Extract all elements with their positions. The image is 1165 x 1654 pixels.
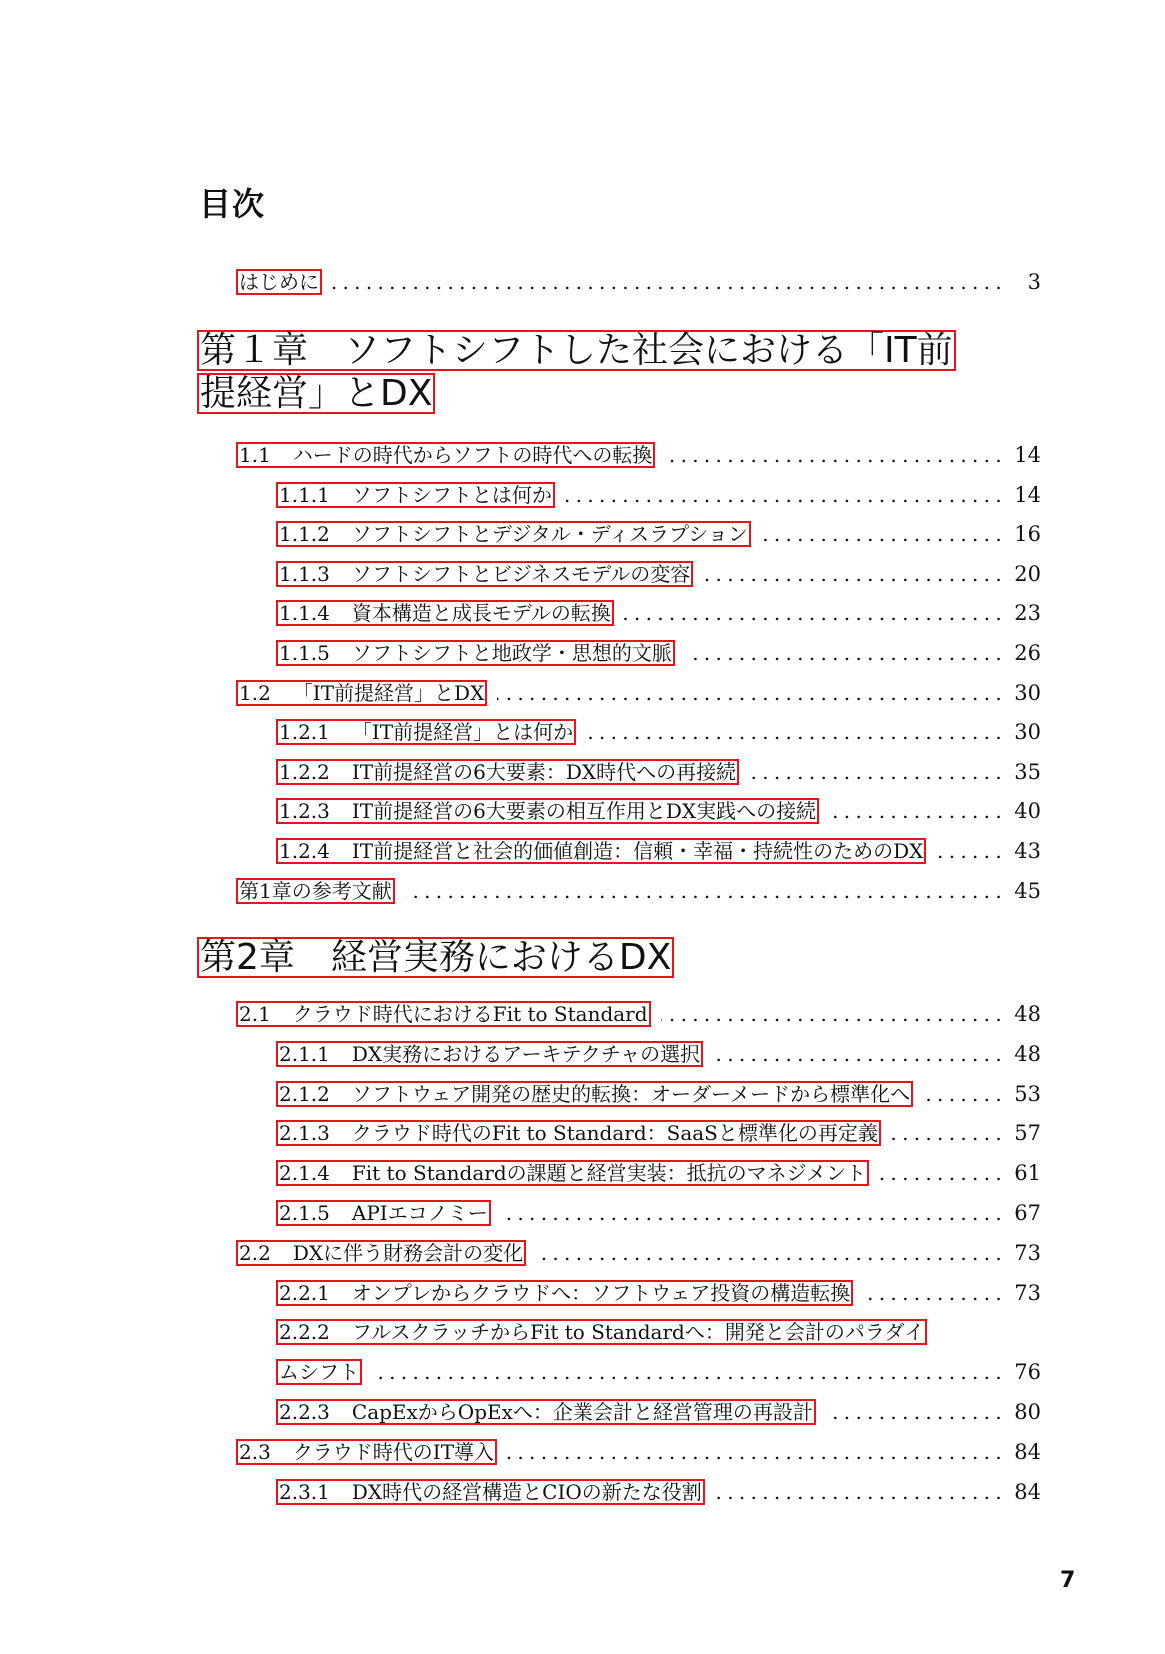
toc-entry-link[interactable]: 1.2.2IT前提経営の6大要素：DX時代への再接続	[276, 759, 739, 785]
toc-entry-link[interactable]: 1.2「IT前提経営」とDX	[236, 680, 487, 706]
section-title: クラウド時代におけるFit to Standard	[293, 1002, 648, 1026]
section-number: 2.1.4	[279, 1161, 330, 1185]
dot-leader: ........................................…	[703, 562, 1007, 586]
dot-leader: ........................................…	[565, 483, 1007, 507]
section-number: 1.2.4	[279, 839, 330, 863]
toc-entry-link[interactable]: 1.1ハードの時代からソフトの時代への転換	[236, 442, 655, 468]
toc-entry-link[interactable]: 2.2.3CapExからOpExへ：企業会計と経営管理の再設計	[276, 1399, 816, 1425]
section-number: 1.1.3	[279, 562, 330, 586]
toc-entry[interactable]: 第1章の参考文献................................…	[0, 879, 1165, 905]
section-title: Fit to Standardの課題と経営実装：抵抗のマネジメント	[352, 1161, 866, 1185]
toc-page-number: 35	[1014, 760, 1041, 784]
section-number: 2.1.1	[279, 1042, 330, 1066]
toc-entry-link[interactable]: 2.1.1DX実務におけるアーキテクチャの選択	[276, 1041, 703, 1067]
toc-entry[interactable]: 2.1.3クラウド時代のFit to Standard：SaaSと標準化の再定義…	[0, 1121, 1165, 1147]
section-title: IT前提経営と社会的価値創造：信頼・幸福・持続性のためのDX	[352, 839, 924, 863]
section-number: 2.2.1	[279, 1281, 330, 1305]
section-title: 「IT前提経営」とは何か	[352, 720, 573, 744]
toc-entry-link[interactable]: 2.3クラウド時代のIT導入	[236, 1439, 497, 1465]
section-number: 1.1.4	[279, 601, 330, 625]
toc-entry[interactable]: 2.1.1DX実務におけるアーキテクチャの選択.................…	[0, 1042, 1165, 1068]
dot-leader: ........................................…	[936, 839, 1007, 863]
section-title: フルスクラッチからFit to Standardへ：開発と会計のパラダイ	[352, 1320, 924, 1344]
toc-entry[interactable]: 2.2.1オンプレからクラウドへ：ソフトウェア投資の構造転換..........…	[0, 1281, 1165, 1307]
toc-page-number: 48	[1014, 1002, 1041, 1026]
section-title: IT前提経営の6大要素：DX時代への再接続	[352, 760, 736, 784]
section-title: DX時代の経営構造とCIOの新たな役割	[352, 1480, 702, 1504]
chapter-2-heading[interactable]: 第2章 経営実務におけるDX	[197, 937, 674, 978]
toc-page-number: 16	[1014, 522, 1041, 546]
dot-leader: ........................................…	[661, 1002, 1007, 1026]
section-number: 1.2.1	[279, 720, 330, 744]
toc-page-number: 61	[1014, 1161, 1041, 1185]
dot-leader: ........................................…	[715, 1480, 1007, 1504]
toc-entry[interactable]: 1.1.3ソフトシフトとビジネスモデルの変容..................…	[0, 562, 1165, 588]
section-title: DX実務におけるアーキテクチャの選択	[352, 1042, 700, 1066]
toc-entry[interactable]: 1.2.2IT前提経営の6大要素：DX時代への再接続..............…	[0, 760, 1165, 786]
dot-leader: ........................................…	[405, 879, 1007, 903]
toc-entry[interactable]: 2.2.2フルスクラッチからFit to Standardへ：開発と会計のパラダ…	[0, 1320, 1165, 1346]
toc-page-number: 67	[1014, 1201, 1041, 1225]
toc-entry-link[interactable]: 第1章の参考文献	[236, 878, 395, 904]
toc-entry[interactable]: 2.2DXに伴う財務会計の変化.........................…	[0, 1241, 1165, 1267]
toc-entry[interactable]: 1.1ハードの時代からソフトの時代への転換...................…	[0, 443, 1165, 469]
toc-page-number: 43	[1014, 839, 1041, 863]
chapter-heading-line[interactable]: 第2章 経営実務におけるDX	[197, 937, 674, 978]
section-title: 資本構造と成長モデルの転換	[352, 601, 611, 625]
section-title: DXに伴う財務会計の変化	[293, 1241, 523, 1265]
toc-entry-link[interactable]: 2.1.3クラウド時代のFit to Standard：SaaSと標準化の再定義	[276, 1120, 881, 1146]
toc-page-number: 40	[1014, 799, 1041, 823]
dot-leader: ........................................…	[332, 270, 1007, 294]
dot-leader: ........................................…	[685, 641, 1007, 665]
toc-entry[interactable]: 2.1.4Fit to Standardの課題と経営実装：抵抗のマネジメント..…	[0, 1161, 1165, 1187]
toc-entry-link[interactable]: 2.1.5APIエコノミー	[276, 1200, 491, 1226]
toc-entry-link[interactable]: 1.1.2ソフトシフトとデジタル・ディスラプション	[276, 521, 751, 547]
section-number: 1.1.5	[279, 641, 330, 665]
section-number: 1.1.2	[279, 522, 330, 546]
dot-leader: ........................................…	[826, 1400, 1007, 1424]
section-title: CapExからOpExへ：企業会計と経営管理の再設計	[352, 1400, 813, 1424]
chapter-heading-line[interactable]: 第１章 ソフトシフトした社会における「IT前	[197, 330, 956, 371]
dot-leader: ........................................…	[923, 1082, 1007, 1106]
dot-leader: ........................................…	[507, 1440, 1007, 1464]
toc-entry-link[interactable]: 1.2.4IT前提経営と社会的価値創造：信頼・幸福・持続性のためのDX	[276, 838, 926, 864]
dot-leader: ........................................…	[879, 1161, 1007, 1185]
dot-leader: ........................................…	[749, 760, 1007, 784]
section-title: ソフトシフトと地政学・思想的文脈	[352, 641, 672, 665]
toc-entry-link[interactable]: 1.1.3ソフトシフトとビジネスモデルの変容	[276, 561, 693, 587]
toc-entry-link[interactable]: 2.2.1オンプレからクラウドへ：ソフトウェア投資の構造転換	[276, 1280, 853, 1306]
section-title: ソフトシフトとは何か	[352, 483, 552, 507]
toc-page-number: 14	[1014, 443, 1041, 467]
toc-entry-link[interactable]: 2.1.2ソフトウェア開発の歴史的転換：オーダーメードから標準化へ	[276, 1081, 913, 1107]
toc-entry-link[interactable]: 2.3.1DX時代の経営構造とCIOの新たな役割	[276, 1479, 705, 1505]
section-number: 1.2.2	[279, 760, 330, 784]
toc-page-number: 20	[1014, 562, 1041, 586]
dot-leader: ........................................…	[665, 443, 1007, 467]
toc-entry-intro[interactable]: はじめに ...................................…	[0, 270, 1165, 296]
toc-page-number: 80	[1014, 1400, 1041, 1424]
chapter-heading-line[interactable]: 提経営」とDX	[197, 373, 435, 414]
dot-leader: ........................................…	[372, 1360, 1007, 1384]
section-number: 2.1.5	[279, 1201, 330, 1225]
toc-entry-link[interactable]: 1.1.5ソフトシフトと地政学・思想的文脈	[276, 640, 675, 666]
toc-page: 目次 はじめに ................................…	[0, 0, 1165, 1654]
toc-page-number: 76	[1014, 1360, 1041, 1384]
section-number: 1.2	[239, 681, 271, 705]
toc-entry-link[interactable]: 1.2.1「IT前提経営」とは何か	[276, 719, 576, 745]
section-title: IT前提経営の6大要素の相互作用とDX実践への接続	[352, 799, 816, 823]
toc-entry-link[interactable]: 1.1.4資本構造と成長モデルの転換	[276, 600, 614, 626]
toc-entry[interactable]: 1.2.4IT前提経営と社会的価値創造：信頼・幸福・持続性のためのDX.....…	[0, 839, 1165, 865]
toc-page-number: 14	[1014, 483, 1041, 507]
dot-leader: ........................................…	[829, 799, 1007, 823]
page-title: 目次	[199, 184, 265, 224]
dot-leader: ........................................…	[586, 720, 1007, 744]
section-number: 2.2.3	[279, 1400, 330, 1424]
section-title: 「IT前提経営」とDX	[293, 681, 485, 705]
toc-page-number: 3	[1028, 270, 1041, 294]
section-number: 2.2	[239, 1241, 271, 1265]
toc-page-number: 84	[1014, 1440, 1041, 1464]
toc-page-number: 53	[1014, 1082, 1041, 1106]
toc-entry[interactable]: 1.1.5ソフトシフトと地政学・思想的文脈...................…	[0, 641, 1165, 667]
toc-entry-link[interactable]: 1.1.1ソフトシフトとは何か	[276, 482, 555, 508]
chapter-1-heading[interactable]: 第１章 ソフトシフトした社会における「IT前	[197, 330, 956, 371]
toc-entry-continuation[interactable]: ムシフト....................................…	[0, 1360, 1165, 1386]
section-number: 1.1	[239, 443, 271, 467]
dot-leader: ........................................…	[501, 1201, 1007, 1225]
toc-entry[interactable]: 2.3クラウド時代のIT導入..........................…	[0, 1440, 1165, 1466]
dot-leader: ........................................…	[497, 681, 1007, 705]
toc-entry-link[interactable]: 2.2.2フルスクラッチからFit to Standardへ：開発と会計のパラダ…	[276, 1319, 927, 1345]
section-number: 2.3.1	[279, 1480, 330, 1504]
toc-entry-link[interactable]: ムシフト	[276, 1359, 362, 1385]
toc-entry[interactable]: 1.2.1「IT前提経営」とは何か.......................…	[0, 720, 1165, 746]
toc-page-number: 23	[1014, 601, 1041, 625]
toc-page-number: 73	[1014, 1281, 1041, 1305]
section-title: APIエコノミー	[352, 1201, 488, 1225]
section-number: 2.3	[239, 1440, 271, 1464]
toc-entry-title[interactable]: はじめに	[236, 269, 322, 295]
dot-leader: ........................................…	[536, 1241, 1007, 1265]
chapter-1-heading-continued[interactable]: 提経営」とDX	[197, 373, 435, 414]
toc-entry-link[interactable]: 2.1クラウド時代におけるFit to Standard	[236, 1001, 651, 1027]
toc-page-number: 73	[1014, 1241, 1041, 1265]
toc-entry-link[interactable]: 1.2.3IT前提経営の6大要素の相互作用とDX実践への接続	[276, 798, 819, 824]
toc-page-number: 30	[1014, 681, 1041, 705]
toc-page-number: 45	[1014, 879, 1041, 903]
section-number: 2.1.3	[279, 1121, 330, 1145]
toc-page-number: 48	[1014, 1042, 1041, 1066]
toc-entry[interactable]: 2.1.2ソフトウェア開発の歴史的転換：オーダーメードから標準化へ.......…	[0, 1082, 1165, 1108]
section-title: 第1章の参考文献	[239, 879, 392, 903]
section-title: ハードの時代からソフトの時代への転換	[293, 443, 653, 467]
toc-page-number: 30	[1014, 720, 1041, 744]
page-folio-number: 7	[1060, 1568, 1075, 1593]
toc-entry[interactable]: 2.1クラウド時代におけるFit to Standard............…	[0, 1002, 1165, 1028]
toc-entry[interactable]: 2.3.1DX時代の経営構造とCIOの新たな役割................…	[0, 1480, 1165, 1506]
toc-entry[interactable]: 2.2.3CapExからOpExへ：企業会計と経営管理の再設計.........…	[0, 1400, 1165, 1426]
section-number: 2.1	[239, 1002, 271, 1026]
section-number: 1.2.3	[279, 799, 330, 823]
section-title: クラウド時代のIT導入	[293, 1440, 494, 1464]
dot-leader: ........................................…	[713, 1042, 1007, 1066]
section-number: 2.2.2	[279, 1320, 330, 1344]
dot-leader: ........................................…	[761, 522, 1007, 546]
toc-entry[interactable]: 1.1.4資本構造と成長モデルの転換......................…	[0, 601, 1165, 627]
toc-entry[interactable]: 2.1.5APIエコノミー...........................…	[0, 1201, 1165, 1227]
toc-entry-link[interactable]: 2.1.4Fit to Standardの課題と経営実装：抵抗のマネジメント	[276, 1160, 869, 1186]
dot-leader: ........................................…	[624, 601, 1007, 625]
section-title: クラウド時代のFit to Standard：SaaSと標準化の再定義	[352, 1121, 878, 1145]
toc-entry-link[interactable]: 2.2DXに伴う財務会計の変化	[236, 1240, 526, 1266]
toc-page-number: 26	[1014, 641, 1041, 665]
section-title: ソフトシフトとデジタル・ディスラプション	[352, 522, 748, 546]
toc-page-number: 84	[1014, 1480, 1041, 1504]
toc-entry[interactable]: 1.1.1ソフトシフトとは何か.........................…	[0, 483, 1165, 509]
toc-entry[interactable]: 1.2「IT前提経営」とDX..........................…	[0, 681, 1165, 707]
dot-leader: ........................................…	[863, 1281, 1007, 1305]
section-title: ソフトウェア開発の歴史的転換：オーダーメードから標準化へ	[352, 1082, 910, 1106]
toc-page-number: 57	[1014, 1121, 1041, 1145]
section-number: 2.1.2	[279, 1082, 330, 1106]
section-title: ソフトシフトとビジネスモデルの変容	[352, 562, 690, 586]
dot-leader: ........................................…	[891, 1121, 1007, 1145]
toc-entry[interactable]: 1.1.2ソフトシフトとデジタル・ディスラプション...............…	[0, 522, 1165, 548]
section-number: 1.1.1	[279, 483, 330, 507]
section-title: オンプレからクラウドへ：ソフトウェア投資の構造転換	[352, 1281, 850, 1305]
toc-entry[interactable]: 1.2.3IT前提経営の6大要素の相互作用とDX実践への接続..........…	[0, 799, 1165, 825]
